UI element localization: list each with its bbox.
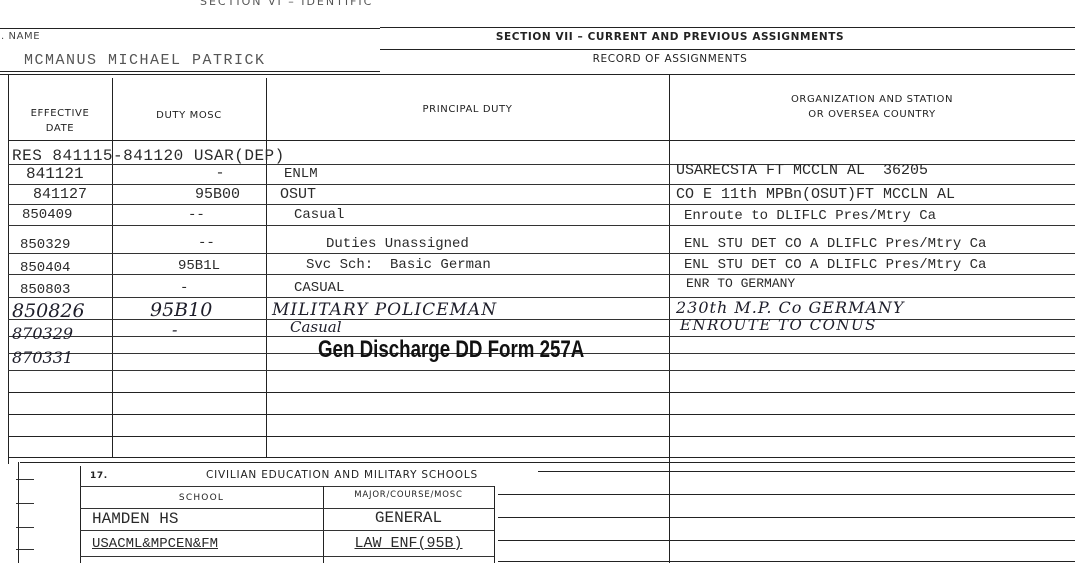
reserve-line: RES 841115-841120 USAR(DEP) [12, 147, 285, 165]
col-header-major: MAJOR/COURSE/MOSC [323, 490, 494, 500]
table-row-org: ENR TO GERMANY [686, 276, 795, 291]
divider [0, 28, 380, 29]
col-header-principal-duty: PRINCIPAL DUTY [266, 104, 669, 115]
table-row-date: 870329 [12, 324, 73, 343]
grid-line [8, 274, 1075, 275]
grid-line [266, 78, 267, 458]
name-value: MCMANUS MICHAEL PATRICK [24, 52, 266, 69]
divider [498, 561, 1075, 562]
table-row-org: 230th M.P. Co GERMANY [676, 298, 905, 317]
table-row-date: 850826 [12, 300, 85, 322]
grid-line [8, 184, 1075, 185]
table-row-org: Enroute to DLIFLC Pres/Mtry Ca [684, 208, 936, 224]
table-row-date: 850404 [20, 260, 70, 276]
divider [538, 471, 1075, 472]
divider [380, 49, 1075, 50]
col-header-effective-date: EFFECTIVE DATE [8, 106, 112, 136]
grid-line [8, 204, 1075, 205]
col-header-effective-date-line2: DATE [8, 121, 112, 136]
divider [380, 27, 1075, 28]
divider [20, 462, 1075, 463]
table-row-date: 870331 [12, 348, 73, 367]
grid-line [80, 556, 494, 557]
table-row-duty: CASUAL [294, 280, 344, 296]
education-row-school: HAMDEN HS [92, 510, 178, 528]
col-header-school: SCHOOL [80, 493, 323, 503]
table-row-mosc: 95B10 [150, 299, 212, 321]
discharge-stamp: Gen Discharge DD Form 257A [318, 336, 584, 364]
table-row-date: 850803 [20, 282, 70, 298]
grid-line [8, 370, 1075, 371]
table-row-date: 841121 [26, 165, 84, 183]
record-subtitle: RECORD OF ASSIGNMENTS [380, 53, 960, 65]
table-row-duty: OSUT [280, 186, 316, 203]
table-row-mosc: - [172, 320, 177, 339]
table-row-duty: Duties Unassigned [326, 236, 469, 252]
grid-line [8, 225, 1075, 226]
education-item-number: 17. [90, 471, 108, 481]
table-row-date: 850409 [22, 207, 72, 223]
col-header-effective-date-line1: EFFECTIVE [8, 106, 112, 121]
divider [0, 71, 380, 72]
divider [498, 540, 1075, 541]
grid-line [112, 78, 113, 458]
table-row-duty: Svc Sch: Basic German [306, 257, 491, 273]
grid-line [80, 530, 494, 531]
education-row-major: LAW ENF(95B) [323, 535, 494, 552]
table-row-mosc: - [200, 165, 240, 182]
table-row-org: ENL STU DET CO A DLIFLC Pres/Mtry Ca [684, 236, 986, 252]
grid-line [8, 436, 1075, 437]
divider [0, 74, 1075, 75]
grid-line [80, 486, 494, 487]
grid-line [8, 253, 1075, 254]
table-row-org: CO E 11th MPBn(OSUT)FT MCCLN AL [676, 186, 955, 203]
divider [498, 517, 1075, 518]
table-row-mosc: -- [198, 235, 215, 251]
section-title: SECTION VII – CURRENT AND PREVIOUS ASSIG… [380, 31, 960, 43]
table-row-duty: Casual [290, 318, 342, 336]
table-row-duty: Casual [294, 207, 344, 223]
col-header-organization-line1: ORGANIZATION AND STATION [669, 92, 1075, 107]
section-vi-header-partial: SECTION VI – IDENTIFIC [200, 0, 373, 8]
col-header-organization-line2: OR OVERSEA COUNTRY [669, 107, 1075, 122]
table-row-mosc: 95B1L [178, 258, 220, 274]
grid-line [494, 486, 495, 563]
table-row-mosc: 95B00 [195, 186, 240, 203]
education-title: CIVILIAN EDUCATION AND MILITARY SCHOOLS [206, 469, 478, 481]
table-row-mosc: -- [188, 207, 205, 223]
table-row-org: ENROUTE TO CONUS [680, 316, 877, 334]
table-row-mosc: - [180, 280, 188, 296]
table-row-date: 841127 [33, 186, 87, 203]
col-header-duty-mosc: DUTY MOSC [112, 110, 266, 121]
divider [498, 494, 1075, 495]
grid-line [8, 414, 1075, 415]
table-row-duty: ENLM [284, 166, 318, 182]
table-row-date: 850329 [20, 237, 70, 253]
grid-line [18, 462, 19, 563]
education-row-major: GENERAL [323, 509, 494, 527]
col-header-organization: ORGANIZATION AND STATION OR OVERSEA COUN… [669, 92, 1075, 122]
education-row-school: USACML&MPCEN&FM [92, 536, 218, 552]
grid-line [8, 392, 1075, 393]
table-row-duty: MILITARY POLICEMAN [272, 300, 497, 320]
name-label: 1. NAME [0, 31, 40, 42]
grid-line [80, 466, 81, 563]
grid-line [8, 140, 1075, 141]
table-row-org: USARECSTA FT MCCLN AL 36205 [676, 162, 928, 179]
grid-line [8, 297, 1075, 298]
grid-line [8, 457, 1075, 458]
table-row-org: ENL STU DET CO A DLIFLC Pres/Mtry Ca [684, 257, 986, 273]
